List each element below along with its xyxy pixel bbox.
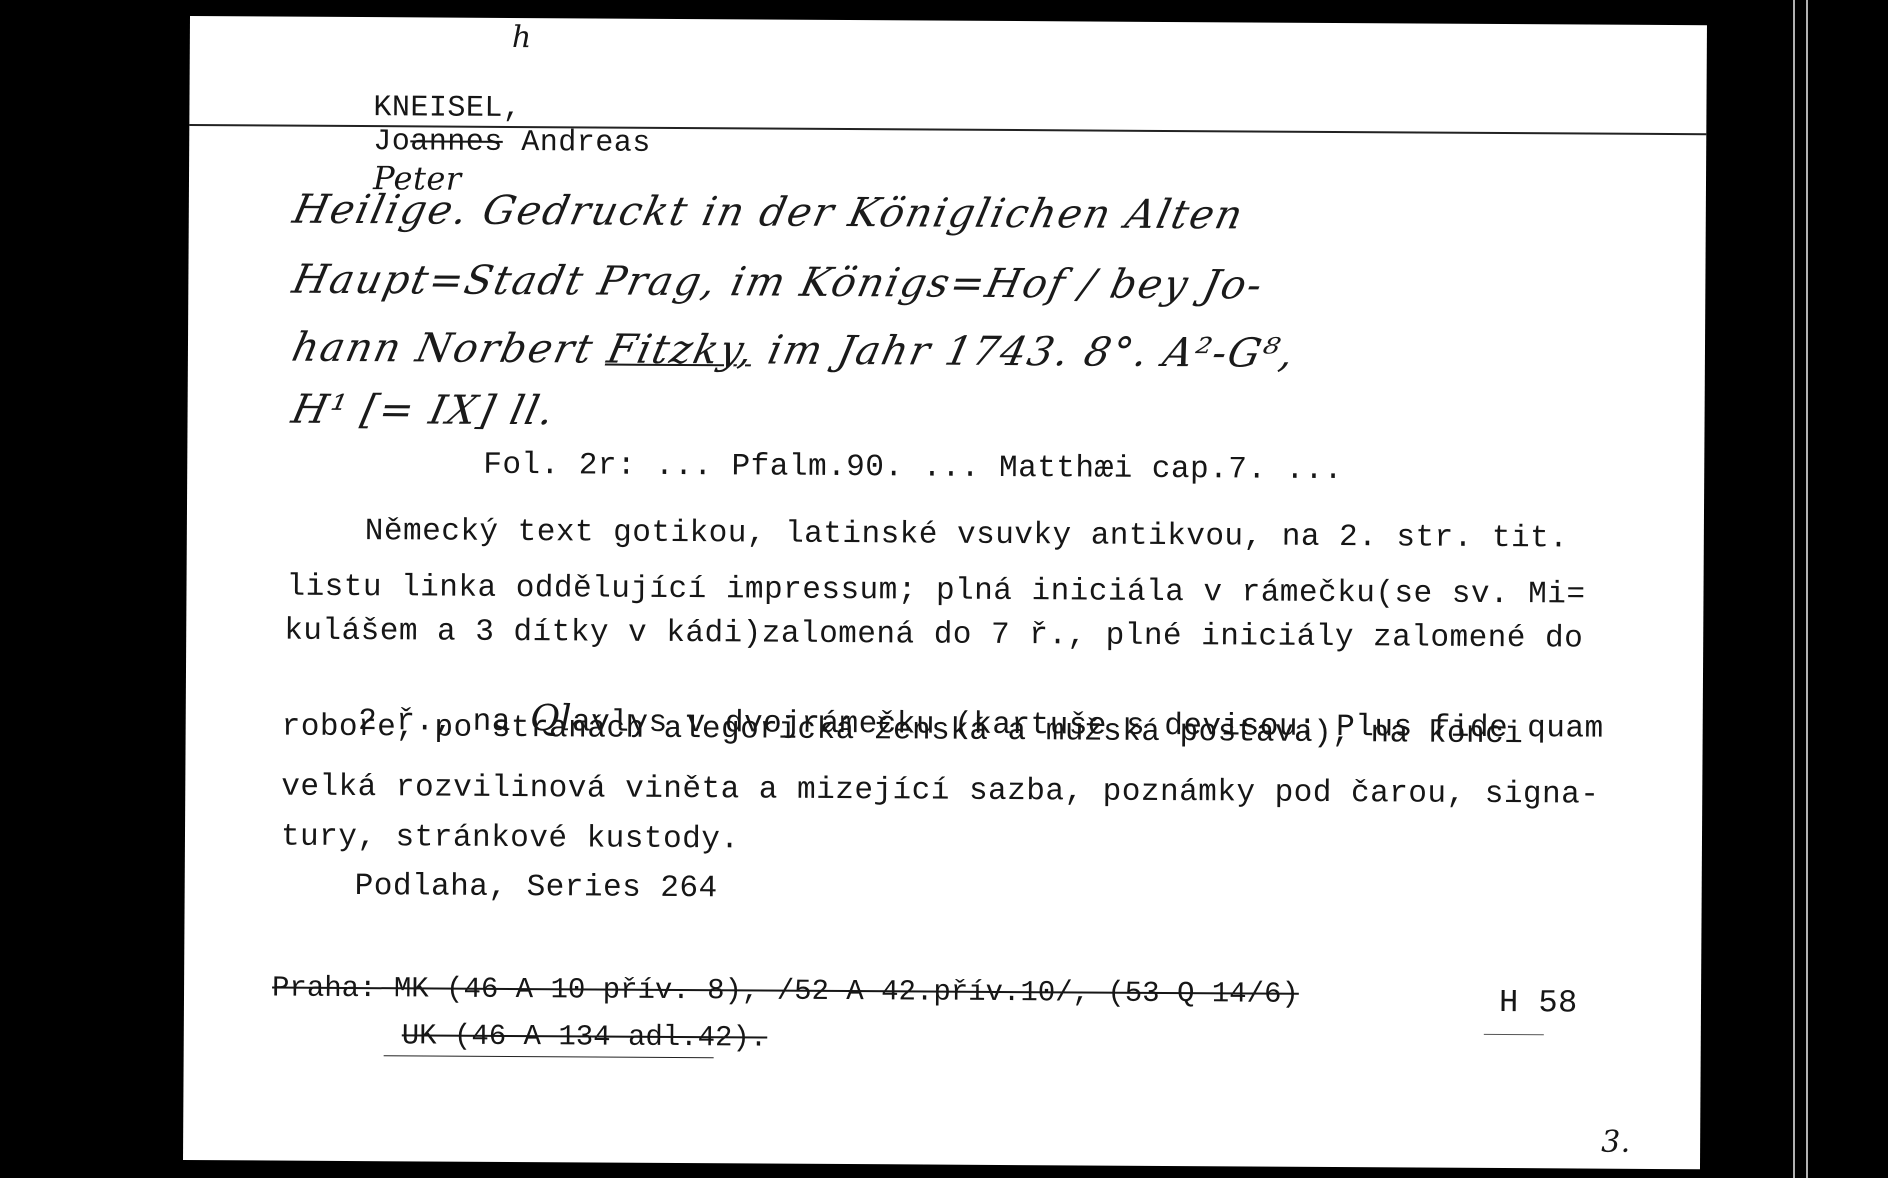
page-number: 3. (1601, 1125, 1631, 1160)
description-line-2: listu linka oddělující impressum; plná i… (286, 570, 1585, 613)
handwritten-line-4: H¹ [= IX] ll. (288, 387, 560, 435)
holdings-praha: Praha: MK (46 A 10 přív. 8), /52 A 42.př… (272, 972, 1299, 1011)
description-line-3: kulášem a 3 dítky v kádi)zalomená do 7 ř… (284, 614, 1583, 657)
holdings-strike-extension (384, 1055, 714, 1058)
shelf-mark-hand-mark (1484, 1034, 1544, 1035)
shelf-mark: H 58 (1499, 984, 1578, 1021)
description-line-6: velká rozvilinová viněta a mizející sazb… (281, 770, 1599, 813)
scanner-edge-line (1793, 0, 1795, 1178)
description-line-1: Německý text gotikou, latinské vsuvky an… (365, 514, 1569, 556)
holdings-uk: UK (46 A 134 adl.42). (402, 1019, 768, 1054)
description-line-7: tury, stránkové kustody. (281, 820, 740, 858)
folio-line: Fol. 2r: ... Pfalm.90. ... Matthæi cap.7… (483, 448, 1343, 488)
scanner-edge-line (1806, 0, 1808, 1178)
catalog-card: KNEISEL, Joannes Andreas Peter h Heilige… (183, 16, 1707, 1169)
heading-surname: KNEISEL, (373, 91, 521, 126)
handwritten-line-2: Haupt=Stadt Prag, im Königs=Hof / bey Jo… (288, 257, 1268, 309)
heading-given-names: Joannes Andreas (373, 125, 651, 161)
bibliographic-reference: Podlaha, Series 264 (355, 869, 718, 906)
handwritten-line-1: Heilige. Gedruckt in der Königlichen Alt… (289, 187, 1249, 239)
handwritten-line-3: hann Norbert Fitzky, im Jahr 1743. 8°. A… (288, 325, 1300, 377)
heading-superscript-h: h (512, 20, 532, 55)
